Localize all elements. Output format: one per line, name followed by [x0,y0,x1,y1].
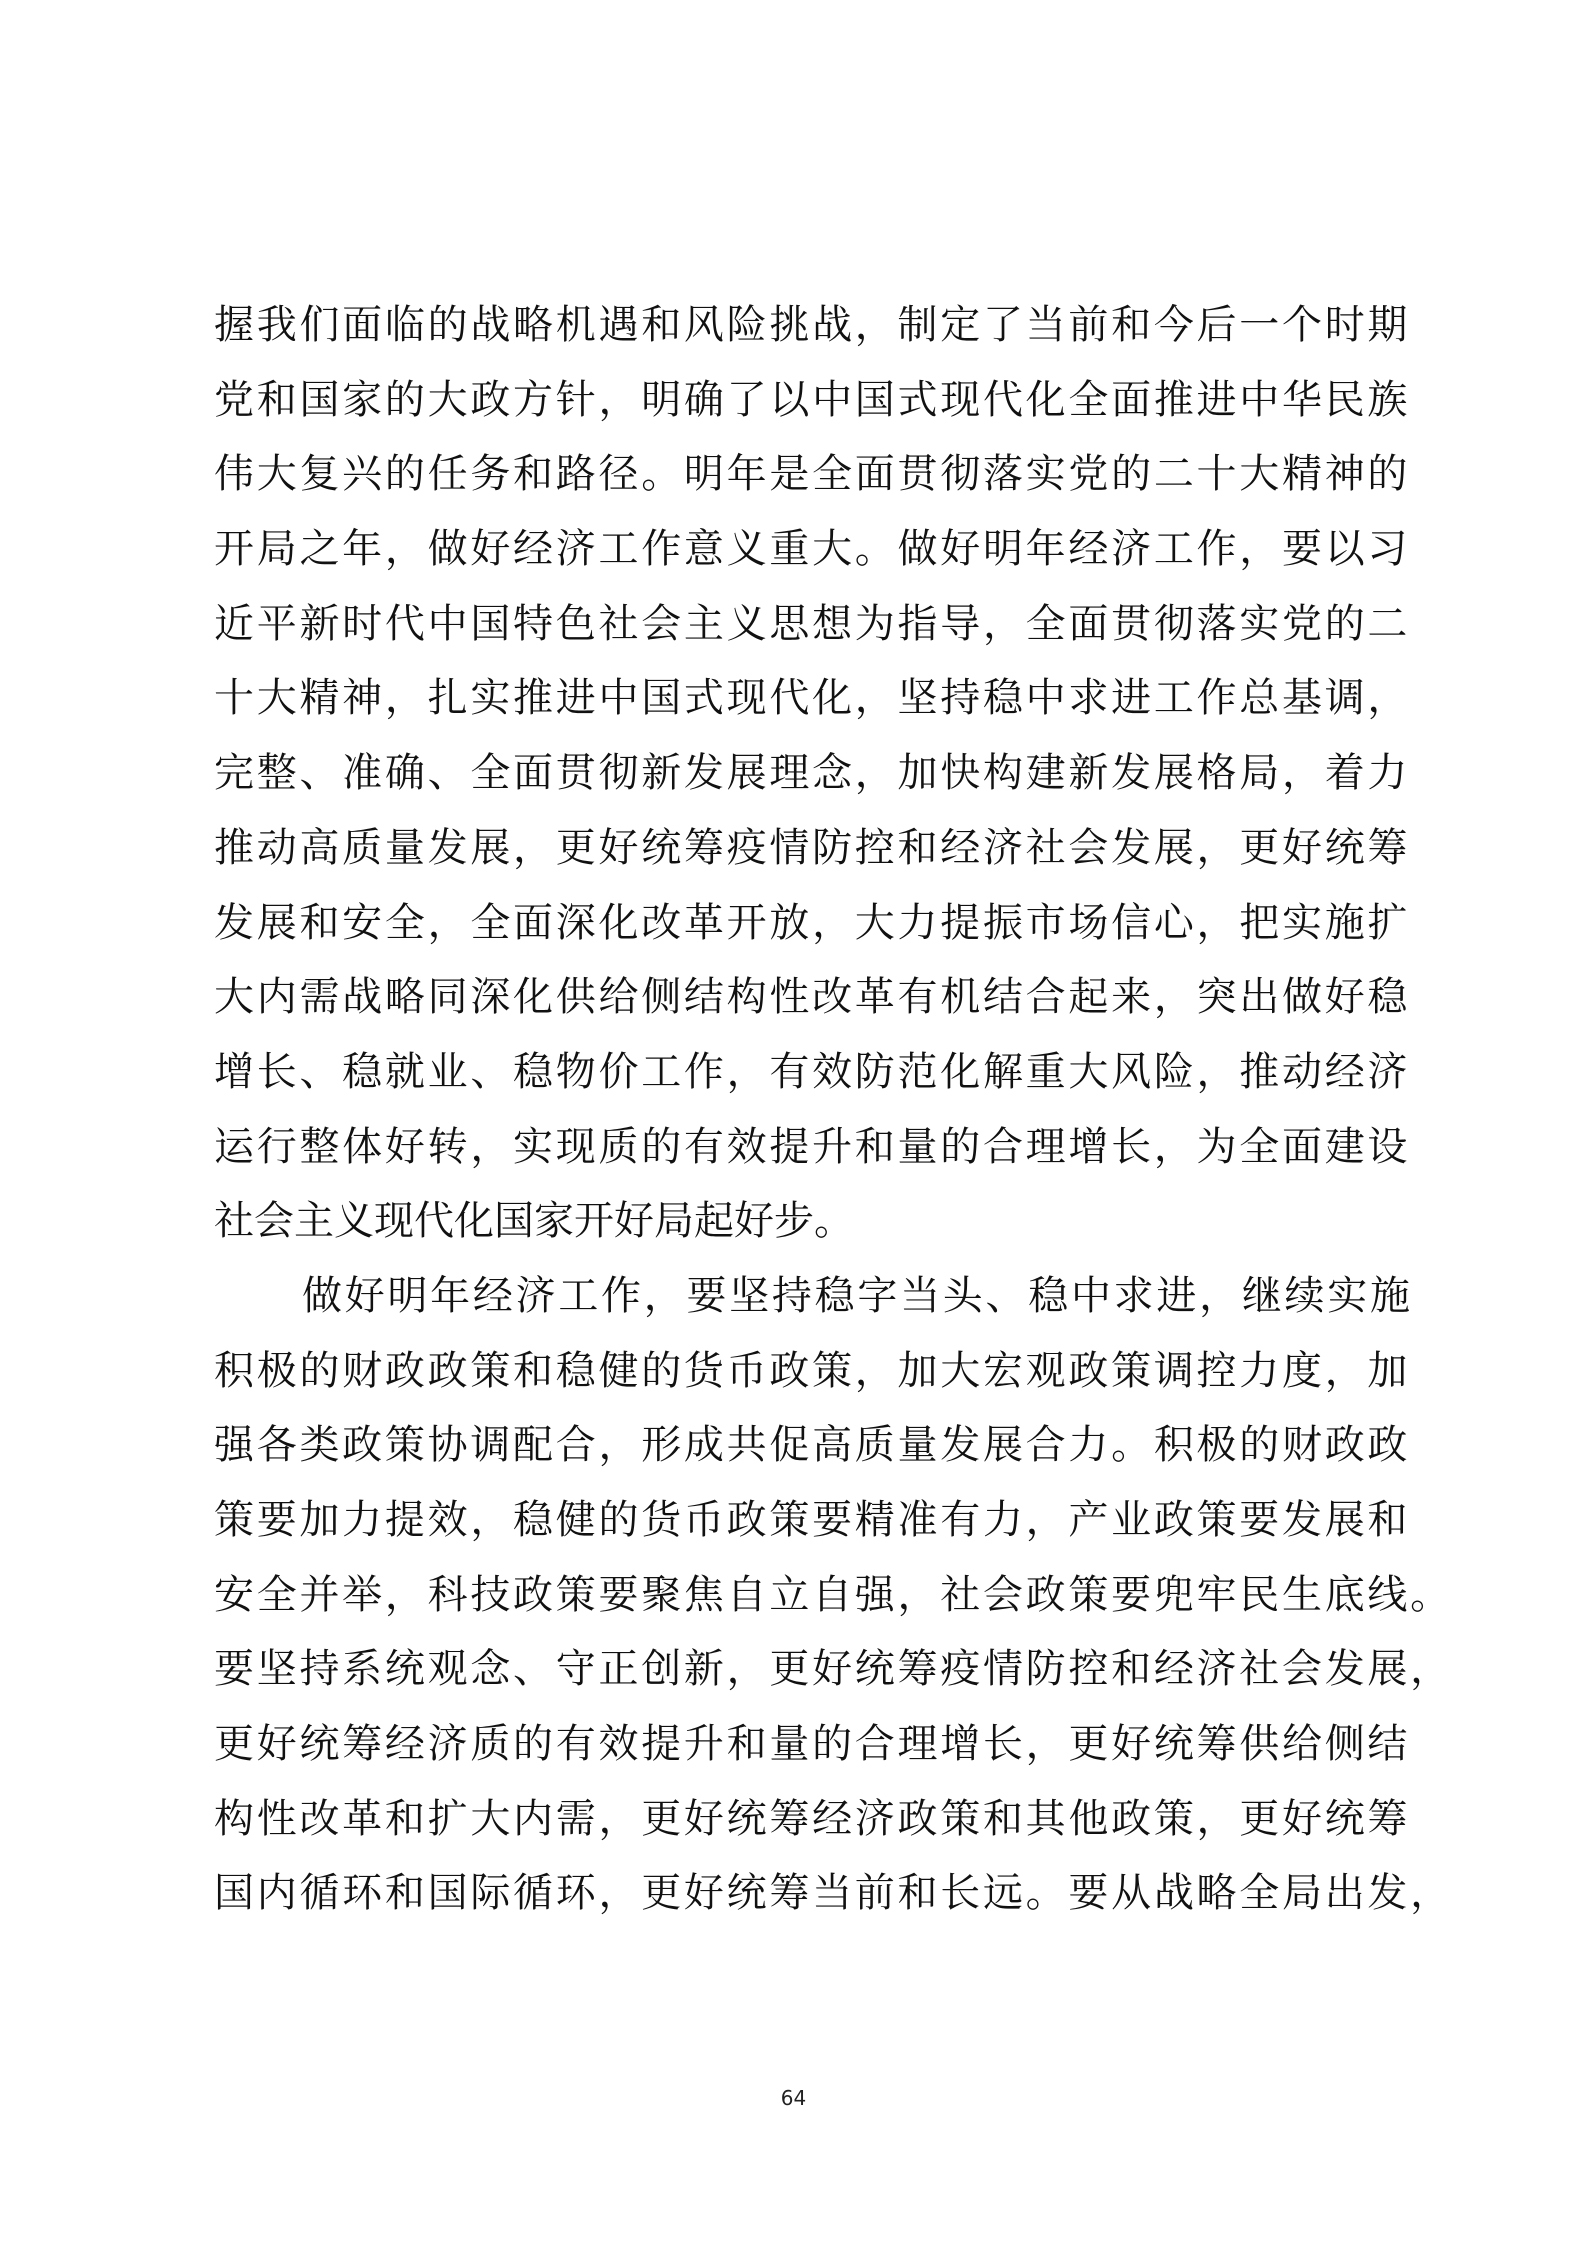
paragraph-1-line-3: 伟 大 复 兴 的 任 务 和 路 径 。 明 年 是 全 面 贯 彻 落 实 … [214,437,1386,512]
paragraph-1-line-7: 完 整 、 准 确 、 全 面 贯 彻 新 发 展 理 念 ， 加 快 构 建 … [214,736,1386,811]
paragraph-2-line-9: 国 内 循 环 和 国 际 循 环 ， 更 好 统 筹 当 前 和 长 远 。 … [214,1856,1386,1931]
paragraph-2-line-7: 更 好 统 筹 经 济 质 的 有 效 提 升 和 量 的 合 理 增 长 ， … [214,1707,1386,1782]
paragraph-1-line-1: 握 我 们 面 临 的 战 略 机 遇 和 风 险 挑 战 ， 制 定 了 当 … [214,288,1386,363]
paragraph-1-line-13: 社会主义现代化国家开好局起好步。 [214,1184,1386,1259]
paragraph-1-line-5: 近 平 新 时 代 中 国 特 色 社 会 主 义 思 想 为 指 导 ， 全 … [214,587,1386,662]
page-number: 64 [0,2084,1587,2112]
paragraph-2-line-3: 强 各 类 政 策 协 调 配 合 ， 形 成 共 促 高 质 量 发 展 合 … [214,1408,1386,1483]
paragraph-2-line-2: 积 极 的 财 政 政 策 和 稳 健 的 货 币 政 策 ， 加 大 宏 观 … [214,1334,1386,1409]
paragraph-1-line-6: 十 大 精 神 ， 扎 实 推 进 中 国 式 现 代 化 ， 坚 持 稳 中 … [214,661,1386,736]
paragraph-1-line-8: 推 动 高 质 量 发 展 ， 更 好 统 筹 疫 情 防 控 和 经 济 社 … [214,811,1386,886]
paragraph-1-line-12: 运 行 整 体 好 转 ， 实 现 质 的 有 效 提 升 和 量 的 合 理 … [214,1110,1386,1185]
paragraph-2-line-1: 做 好 明 年 经 济 工 作 ， 要 坚 持 稳 字 当 头 、 稳 中 求 … [214,1259,1386,1334]
paragraph-1-line-10: 大 内 需 战 略 同 深 化 供 给 侧 结 构 性 改 革 有 机 结 合 … [214,960,1386,1035]
document-page: 握 我 们 面 临 的 战 略 机 遇 和 风 险 挑 战 ， 制 定 了 当 … [0,0,1587,2245]
body-text: 握 我 们 面 临 的 战 略 机 遇 和 风 险 挑 战 ， 制 定 了 当 … [214,288,1386,1931]
paragraph-2-line-4: 策 要 加 力 提 效 ， 稳 健 的 货 币 政 策 要 精 准 有 力 ， … [214,1483,1386,1558]
paragraph-1-line-11: 增 长 、 稳 就 业 、 稳 物 价 工 作 ， 有 效 防 范 化 解 重 … [214,1035,1386,1110]
paragraph-2-line-5: 安 全 并 举 ， 科 技 政 策 要 聚 焦 自 立 自 强 ， 社 会 政 … [214,1558,1386,1633]
paragraph-2-line-8: 构 性 改 革 和 扩 大 内 需 ， 更 好 统 筹 经 济 政 策 和 其 … [214,1782,1386,1857]
paragraph-1-line-9: 发 展 和 安 全 ， 全 面 深 化 改 革 开 放 ， 大 力 提 振 市 … [214,886,1386,961]
paragraph-2-line-6: 要 坚 持 系 统 观 念 、 守 正 创 新 ， 更 好 统 筹 疫 情 防 … [214,1632,1386,1707]
paragraph-1-line-4: 开 局 之 年 ， 做 好 经 济 工 作 意 义 重 大 。 做 好 明 年 … [214,512,1386,587]
paragraph-1-line-2: 党 和 国 家 的 大 政 方 针 ， 明 确 了 以 中 国 式 现 代 化 … [214,363,1386,438]
